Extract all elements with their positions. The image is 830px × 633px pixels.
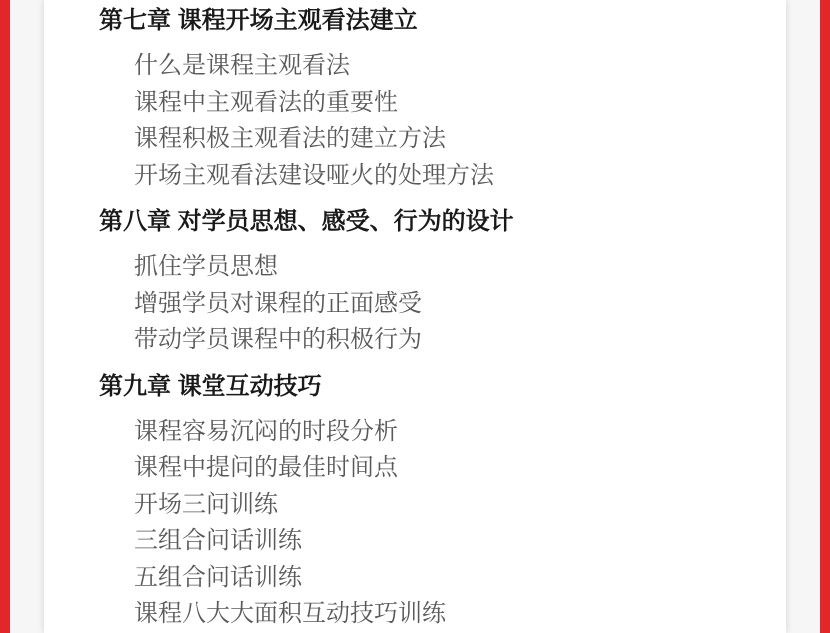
outline-item: 抓住学员思想 [44,249,786,286]
outline-item: 课程八大大面积互动技巧训练 [44,596,786,633]
outline-item: 带动学员课程中的积极行为 [44,322,786,359]
outline-item: 三组合问话训练 [44,523,786,560]
content-frame: 第七章 课程开场主观看法建立 什么是课程主观看法 课程中主观看法的重要性 课程积… [10,0,820,633]
outline-item: 课程中主观看法的重要性 [44,85,786,122]
outline-item: 五组合问话训练 [44,560,786,597]
outline-item: 开场三问训练 [44,487,786,524]
outline-item: 课程容易沉闷的时段分析 [44,414,786,451]
outline-item: 课程积极主观看法的建立方法 [44,121,786,158]
chapter-title: 第七章 课程开场主观看法建立 [44,2,786,39]
outline-item: 课程中提问的最佳时间点 [44,450,786,487]
outline-item: 开场主观看法建设哑火的处理方法 [44,158,786,195]
chapter-title: 第九章 课堂互动技巧 [44,368,786,405]
chapter-title: 第八章 对学员思想、感受、行为的设计 [44,203,786,240]
outline-item: 增强学员对课程的正面感受 [44,286,786,323]
outline-item: 什么是课程主观看法 [44,48,786,85]
course-outline-card: 第七章 课程开场主观看法建立 什么是课程主观看法 课程中主观看法的重要性 课程积… [44,0,786,633]
